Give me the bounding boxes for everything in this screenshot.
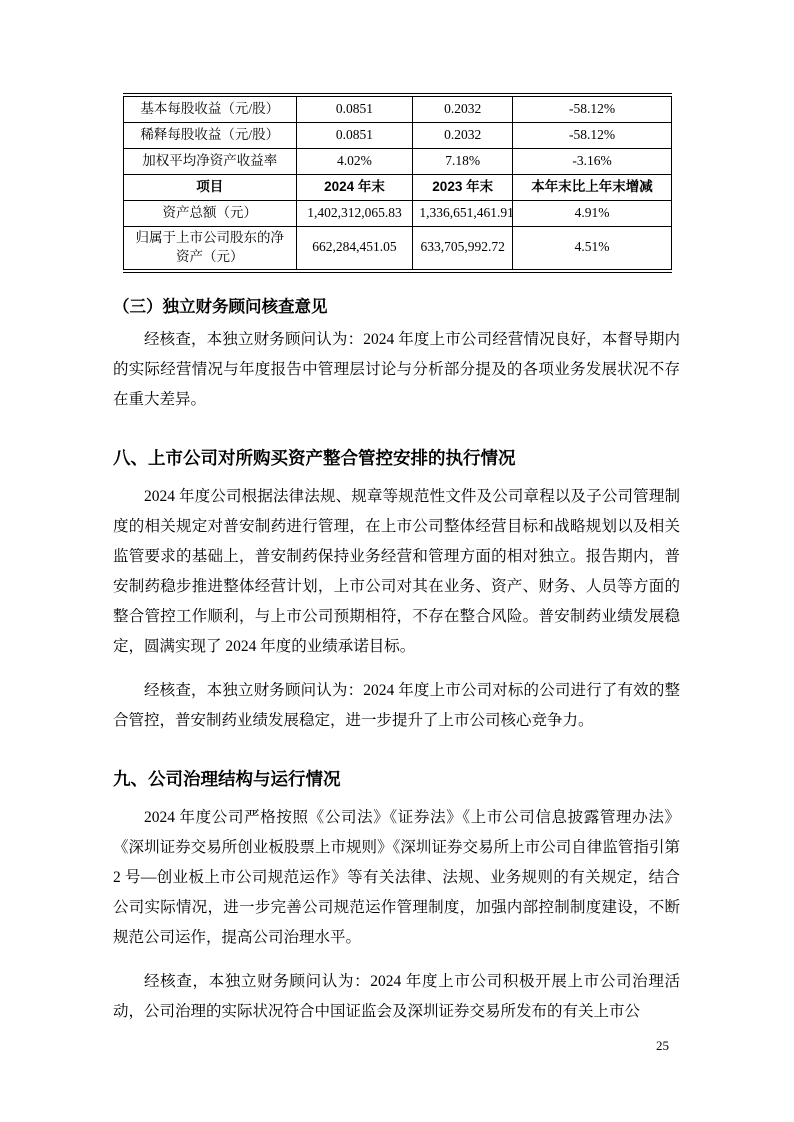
section-heading-integration-control: 八、上市公司对所购买资产整合管控安排的执行情况 — [113, 445, 680, 470]
table-cell: 1,402,312,065.83 — [296, 201, 413, 227]
paragraph: 经核查，本独立财务顾问认为：2024 年度上市公司经营情况良好，本督导期内的实际… — [113, 325, 680, 415]
paragraph: 经核查，本独立财务顾问认为：2024 年度上市公司积极开展上市公司治理活动，公司… — [113, 967, 680, 1027]
table-cell: 归属于上市公司股东的净资产（元） — [124, 227, 297, 271]
table-cell: 4.51% — [513, 227, 672, 271]
table-header-cell: 2024 年末 — [296, 175, 413, 201]
table-cell: 4.91% — [513, 201, 672, 227]
table-row: 稀释每股收益（元/股） 0.0851 0.2032 -58.12% — [124, 123, 672, 149]
table-cell: 基本每股收益（元/股） — [124, 95, 297, 123]
financial-table: 基本每股收益（元/股） 0.0851 0.2032 -58.12% 稀释每股收益… — [123, 93, 672, 273]
table-cell: -3.16% — [513, 149, 672, 175]
page-content: 基本每股收益（元/股） 0.0851 0.2032 -58.12% 稀释每股收益… — [113, 93, 680, 1041]
table-cell: 稀释每股收益（元/股） — [124, 123, 297, 149]
paragraph: 经核查，本独立财务顾问认为：2024 年度上市公司对标的公司进行了有效的整合管控… — [113, 676, 680, 736]
table-cell: -58.12% — [513, 95, 672, 123]
table-cell: 1,336,651,461.91 — [413, 201, 513, 227]
table-row: 基本每股收益（元/股） 0.0851 0.2032 -58.12% — [124, 95, 672, 123]
page-number: 25 — [656, 1038, 669, 1054]
paragraph: 2024 年度公司严格按照《公司法》《证券法》《上市公司信息披露管理办法》《深圳… — [113, 803, 680, 953]
table-cell: 662,284,451.05 — [296, 227, 413, 271]
table-cell: 4.02% — [296, 149, 413, 175]
table-cell: 0.0851 — [296, 95, 413, 123]
table-cell: 0.2032 — [413, 123, 513, 149]
section-heading-corporate-governance: 九、公司治理结构与运行情况 — [113, 766, 680, 791]
table-cell: 0.0851 — [296, 123, 413, 149]
section-heading-independent-advisor-opinion: （三）独立财务顾问核查意见 — [113, 293, 680, 317]
table-header-cell: 2023 年末 — [413, 175, 513, 201]
table-header-cell: 本年末比上年末增减 — [513, 175, 672, 201]
document-page: 基本每股收益（元/股） 0.0851 0.2032 -58.12% 稀释每股收益… — [0, 0, 794, 1122]
table-row: 加权平均净资产收益率 4.02% 7.18% -3.16% — [124, 149, 672, 175]
table-cell: 7.18% — [413, 149, 513, 175]
table-header-cell: 项目 — [124, 175, 297, 201]
table-cell: 633,705,992.72 — [413, 227, 513, 271]
table-cell: 资产总额（元） — [124, 201, 297, 227]
table-header-row: 项目 2024 年末 2023 年末 本年末比上年末增减 — [124, 175, 672, 201]
table-row: 资产总额（元） 1,402,312,065.83 1,336,651,461.9… — [124, 201, 672, 227]
table-row: 归属于上市公司股东的净资产（元） 662,284,451.05 633,705,… — [124, 227, 672, 271]
table-cell: 加权平均净资产收益率 — [124, 149, 297, 175]
table-cell: 0.2032 — [413, 95, 513, 123]
paragraph: 2024 年度公司根据法律法规、规章等规范性文件及公司章程以及子公司管理制度的相… — [113, 482, 680, 662]
table-cell: -58.12% — [513, 123, 672, 149]
